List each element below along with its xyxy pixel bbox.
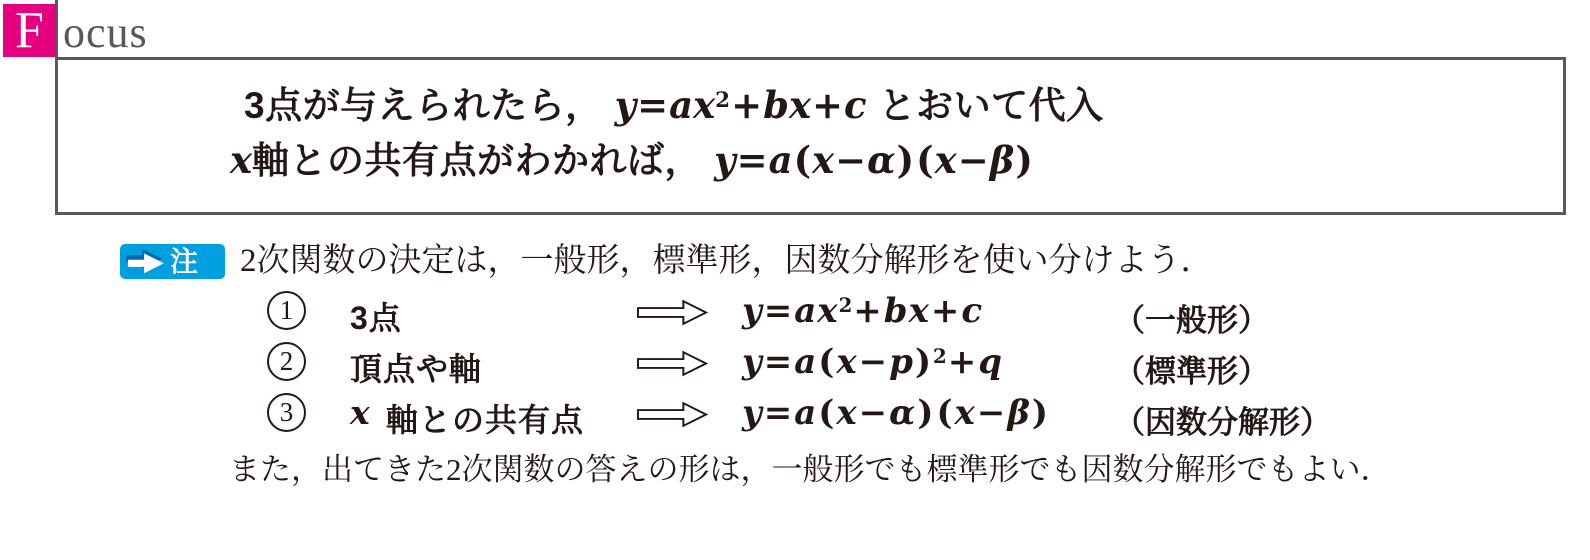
note-item-row-3: 3 x 軸との共有点 y=a(x−α)(x−β) （因数分解形） xyxy=(0,390,1590,438)
note-badge: 注 xyxy=(120,244,225,279)
implies-arrow-icon xyxy=(637,350,708,377)
item-label: 軸との共有点 xyxy=(386,395,584,441)
line1-math-formula: y=ax2+bx+c xyxy=(615,83,867,127)
note-footer: また，出てきた2次関数の答えの形は，一般形でも標準形でも因数分解形でもよい． xyxy=(229,444,1392,489)
item-label-math-x: x xyxy=(350,393,370,432)
line2-text: 軸との共有点がわかれば， xyxy=(252,140,702,181)
item-label: 頂点や軸 xyxy=(350,344,482,390)
note-item-row-2: 2 頂点や軸 y=a(x−p)2+q （標準形） xyxy=(0,339,1590,387)
note-item-row-1: 1 3点 y=ax2+bx+c （一般形） xyxy=(0,288,1590,336)
item-math-formula: y=a(x−α)(x−β) xyxy=(742,393,1050,433)
focus-box-line-1: 3点が与えられたら，y=ax2+bx+cとおいて代入 xyxy=(244,78,1104,129)
item-form-name: （標準形） xyxy=(1114,346,1269,391)
implies-arrow-icon xyxy=(637,299,708,326)
line1-text-tail: とおいて代入 xyxy=(879,85,1104,126)
line2-math-x: x xyxy=(230,138,252,182)
focus-box: 3点が与えられたら，y=ax2+bx+cとおいて代入 x軸との共有点がわかれば，… xyxy=(55,57,1566,215)
focus-initial: F xyxy=(15,5,44,57)
note-arrow-icon xyxy=(124,248,166,275)
note-intro: 2次関数の決定は，一般形，標準形，因数分解形を使い分けよう． xyxy=(240,240,1214,282)
item-number: 3 xyxy=(280,399,294,426)
focus-wordmark: ocus xyxy=(63,11,148,55)
line1-text-lead: 3点が与えられたら， xyxy=(244,85,603,126)
line2-math-formula: y=a(x−α)(x−β) xyxy=(714,138,1034,182)
item-math-formula: y=a(x−p)2+q xyxy=(742,342,1003,382)
item-number-circle: 2 xyxy=(267,342,306,381)
item-form-name: （一般形） xyxy=(1114,295,1269,340)
item-form-name: （因数分解形） xyxy=(1114,397,1331,442)
item-number-circle: 3 xyxy=(267,393,306,432)
focus-initial-badge: F xyxy=(3,4,56,57)
textbook-page: F ocus 3点が与えられたら，y=ax2+bx+cとおいて代入 x軸との共有… xyxy=(0,0,1590,560)
item-math-formula: y=ax2+bx+c xyxy=(742,291,983,331)
focus-box-line-2: x軸との共有点がわかれば，y=a(x−α)(x−β) xyxy=(230,137,1034,184)
item-number-circle: 1 xyxy=(267,291,306,330)
note-badge-label: 注 xyxy=(170,248,198,276)
item-number: 2 xyxy=(280,348,294,375)
item-number: 1 xyxy=(280,297,294,324)
implies-arrow-icon xyxy=(637,401,708,428)
item-label: 3点 xyxy=(350,293,402,339)
